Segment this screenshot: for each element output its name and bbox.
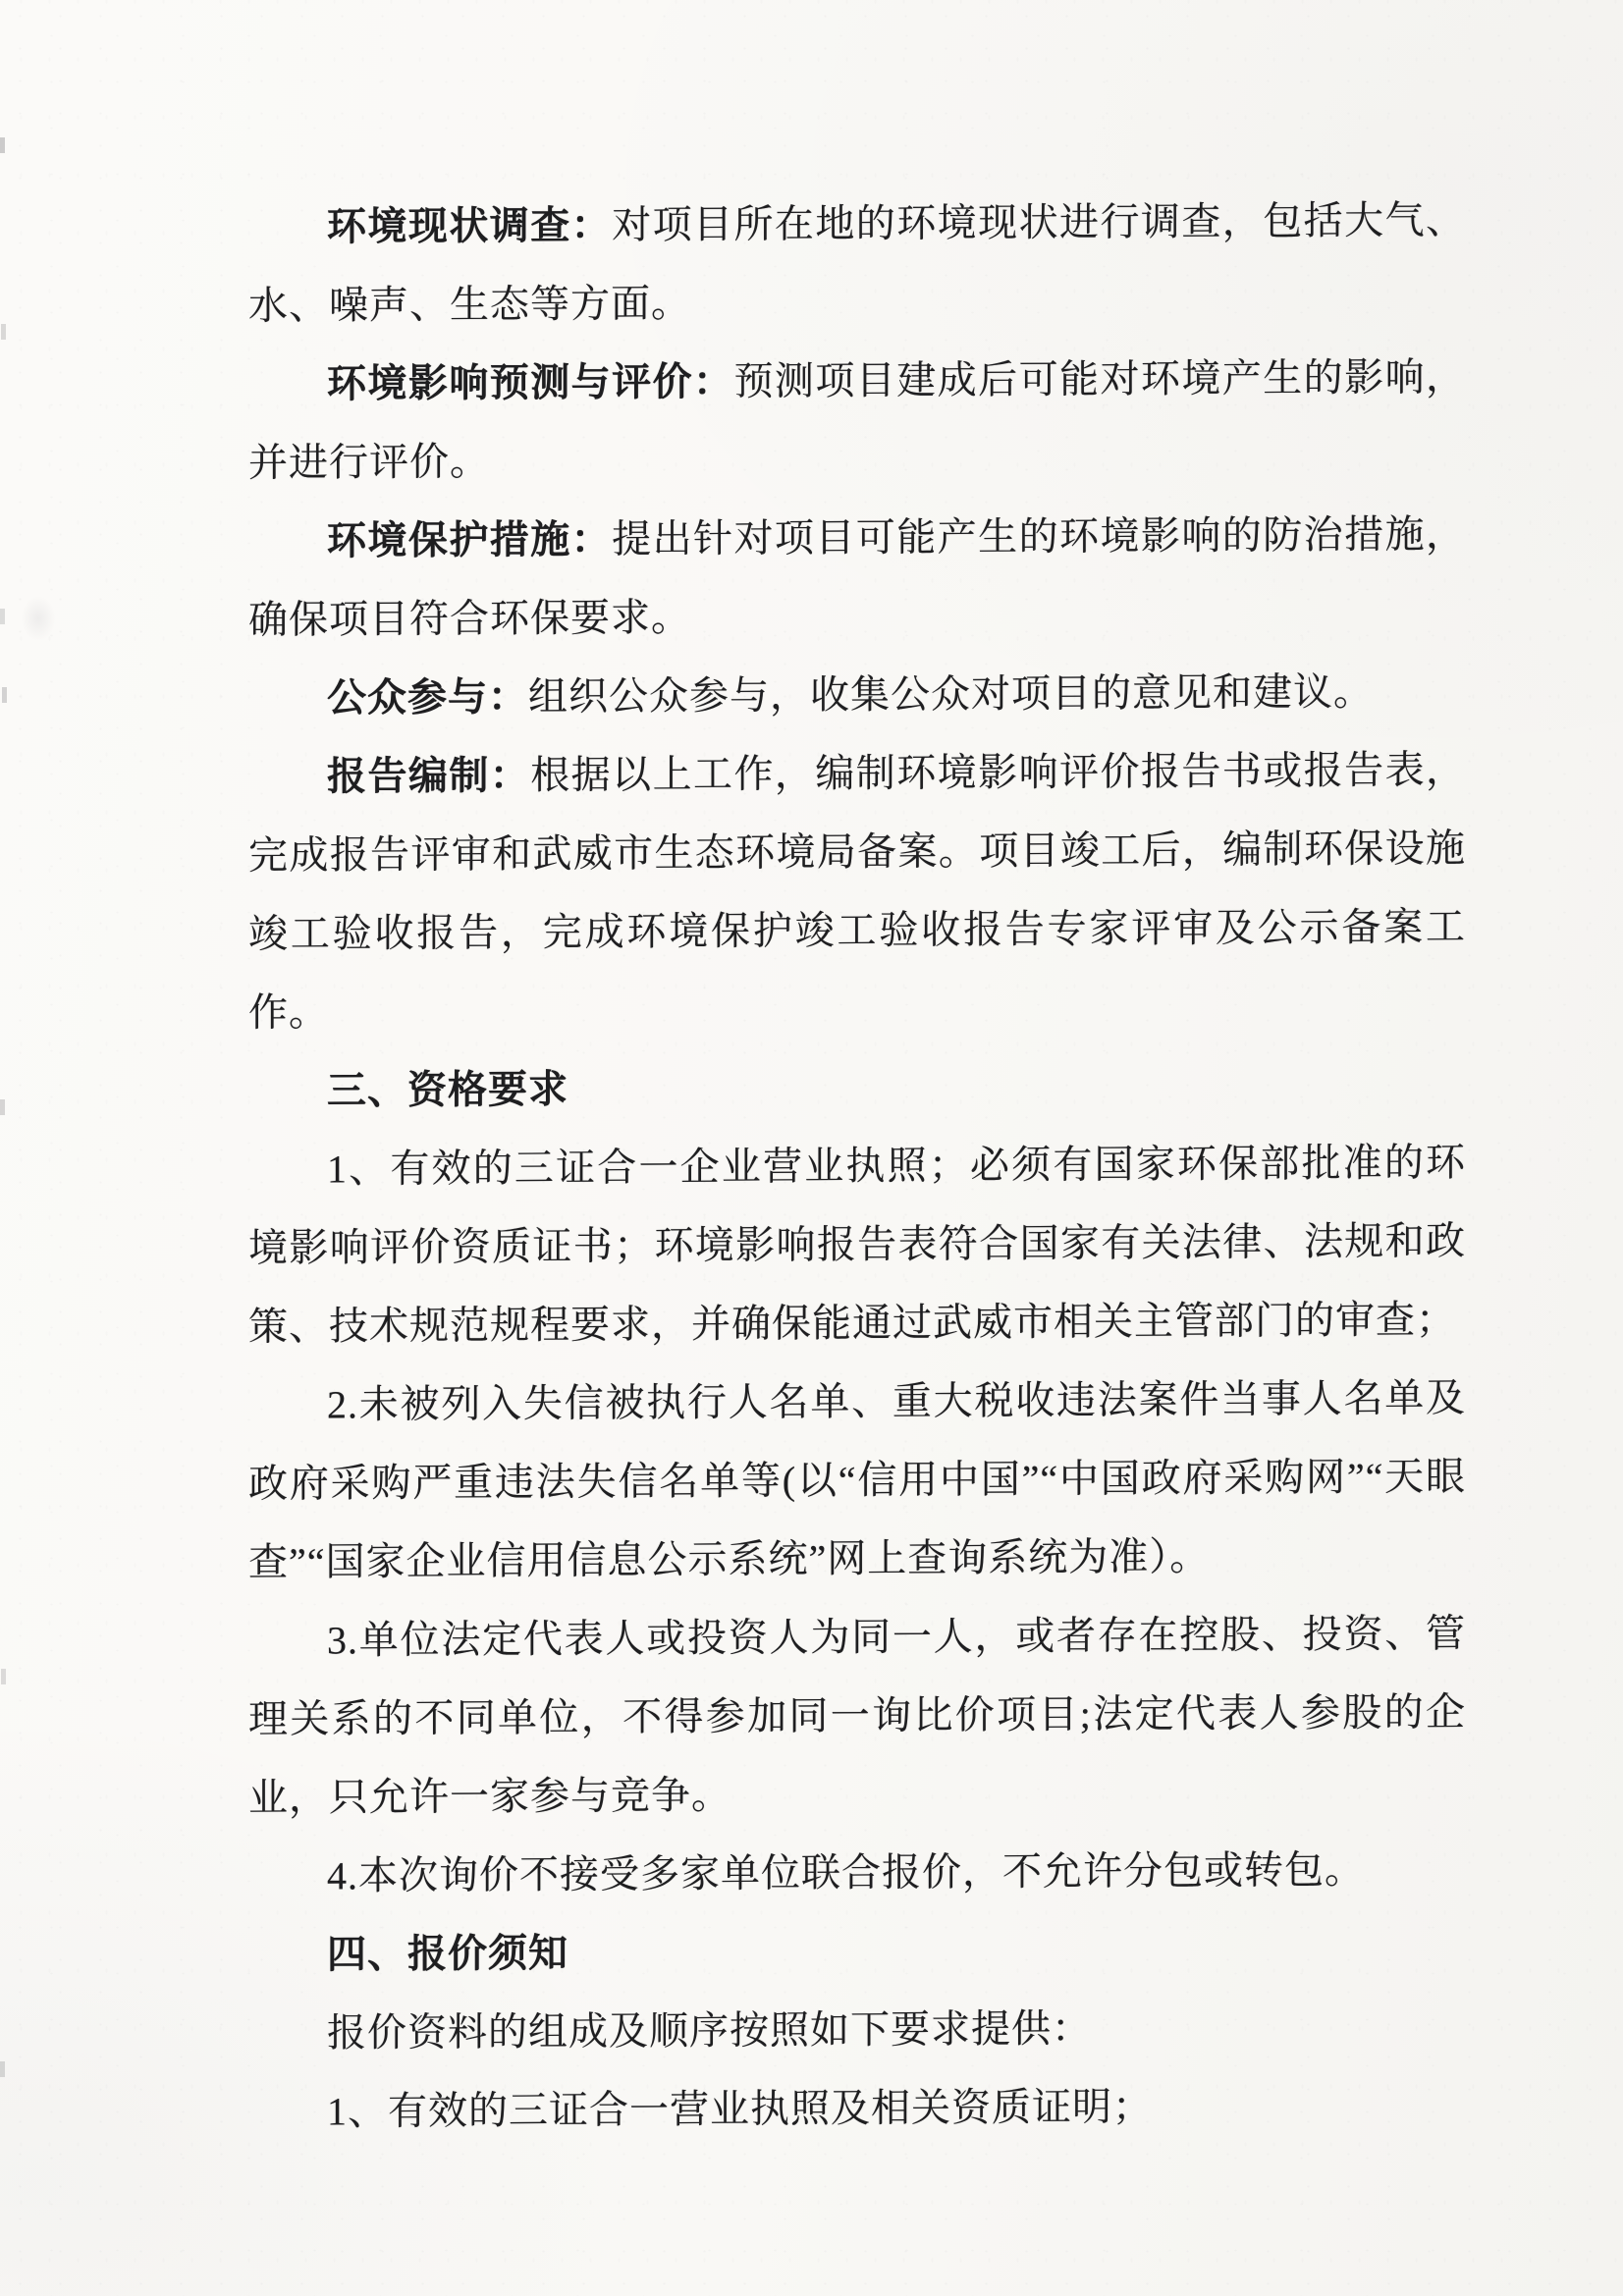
- scanned-page: 环境现状调查：对项目所在地的环境现状进行调查，包括大气、水、噪声、生态等方面。环…: [0, 0, 1623, 2296]
- para-quotation-intro: 报价资料的组成及顺序按照如下要求提供：: [248, 1987, 1466, 2073]
- para-qualification-item-4: 4.本次询价不接受多家单位联合报价，不允许分包或转包。: [248, 1830, 1466, 1916]
- paragraph-lead-label: 公众参与：: [327, 674, 528, 720]
- para-qualification-item-3: 3.单位法定代表人或投资人为同一人，或者存在控股、投资、管理关系的不同单位，不得…: [248, 1594, 1466, 1838]
- paragraph-lead-label: 报告编制：: [327, 753, 530, 798]
- paragraph-text: 1、有效的三证合一营业执照及相关资质证明；: [327, 2084, 1153, 2133]
- paragraph-lead-label: 环境现状调查：: [327, 203, 612, 249]
- paragraph-text: 3.单位法定代表人或投资人为同一人，或者存在控股、投资、管理关系的不同单位，不得…: [248, 1611, 1466, 1820]
- para-qualification-item-2: 2.未被列入失信被执行人名单、重大税收违法案件当事人名单及政府采购严重违法失信名…: [248, 1359, 1466, 1602]
- para-public-participation: 公众参与：组织公众参与，收集公众对项目的意见和建议。: [248, 652, 1466, 738]
- document-body: 环境现状调查：对项目所在地的环境现状进行调查，包括大气、水、噪声、生态等方面。环…: [248, 181, 1466, 2152]
- paper-smudge: [16, 589, 61, 648]
- para-env-protection-measures: 环境保护措施：提出针对项目可能产生的环境影响的防治措施，确保项目符合环保要求。: [248, 495, 1466, 660]
- paragraph-lead-label: 环境影响预测与评价：: [327, 359, 733, 406]
- para-qualification-item-1: 1、有效的三证合一企业营业执照；必须有国家环保部批准的环境影响评价资质证书；环境…: [248, 1123, 1466, 1366]
- para-env-impact-prediction: 环境影响预测与评价：预测项目建成后可能对环境产生的影响，并进行评价。: [248, 338, 1466, 503]
- paragraph-text: 1、有效的三证合一企业营业执照；必须有国家环保部批准的环境影响评价资质证书；环境…: [248, 1140, 1466, 1349]
- paragraph-text: 4.本次询价不接受多家单位联合报价，不允许分包或转包。: [327, 1847, 1365, 1897]
- heading-section-4-quotation-notes: 四、报价须知: [248, 1908, 1466, 1995]
- paragraph-lead-label: 环境保护措施：: [327, 517, 612, 563]
- paragraph-text: 报价资料的组成及顺序按照如下要求提供：: [327, 2006, 1092, 2056]
- heading-text: 四、报价须知: [327, 1931, 568, 1977]
- heading-section-3-qualification-requirements: 三、资格要求: [248, 1044, 1466, 1131]
- para-env-status-survey: 环境现状调查：对项目所在地的环境现状进行调查，包括大气、水、噪声、生态等方面。: [248, 181, 1466, 346]
- para-quotation-item-1: 1、有效的三证合一营业执照及相关资质证明；: [248, 2065, 1466, 2152]
- paragraph-text: 组织公众参与，收集公众对项目的意见和建议。: [528, 669, 1374, 719]
- paragraph-text: 2.未被列入失信被执行人名单、重大税收违法案件当事人名单及政府采购严重违法失信名…: [248, 1375, 1466, 1584]
- scan-edge-artifacts: [0, 137, 5, 153]
- heading-text: 三、资格要求: [327, 1067, 568, 1113]
- para-report-compilation: 报告编制：根据以上工作，编制环境影响评价报告书或报告表，完成报告评审和武威市生态…: [248, 730, 1466, 1052]
